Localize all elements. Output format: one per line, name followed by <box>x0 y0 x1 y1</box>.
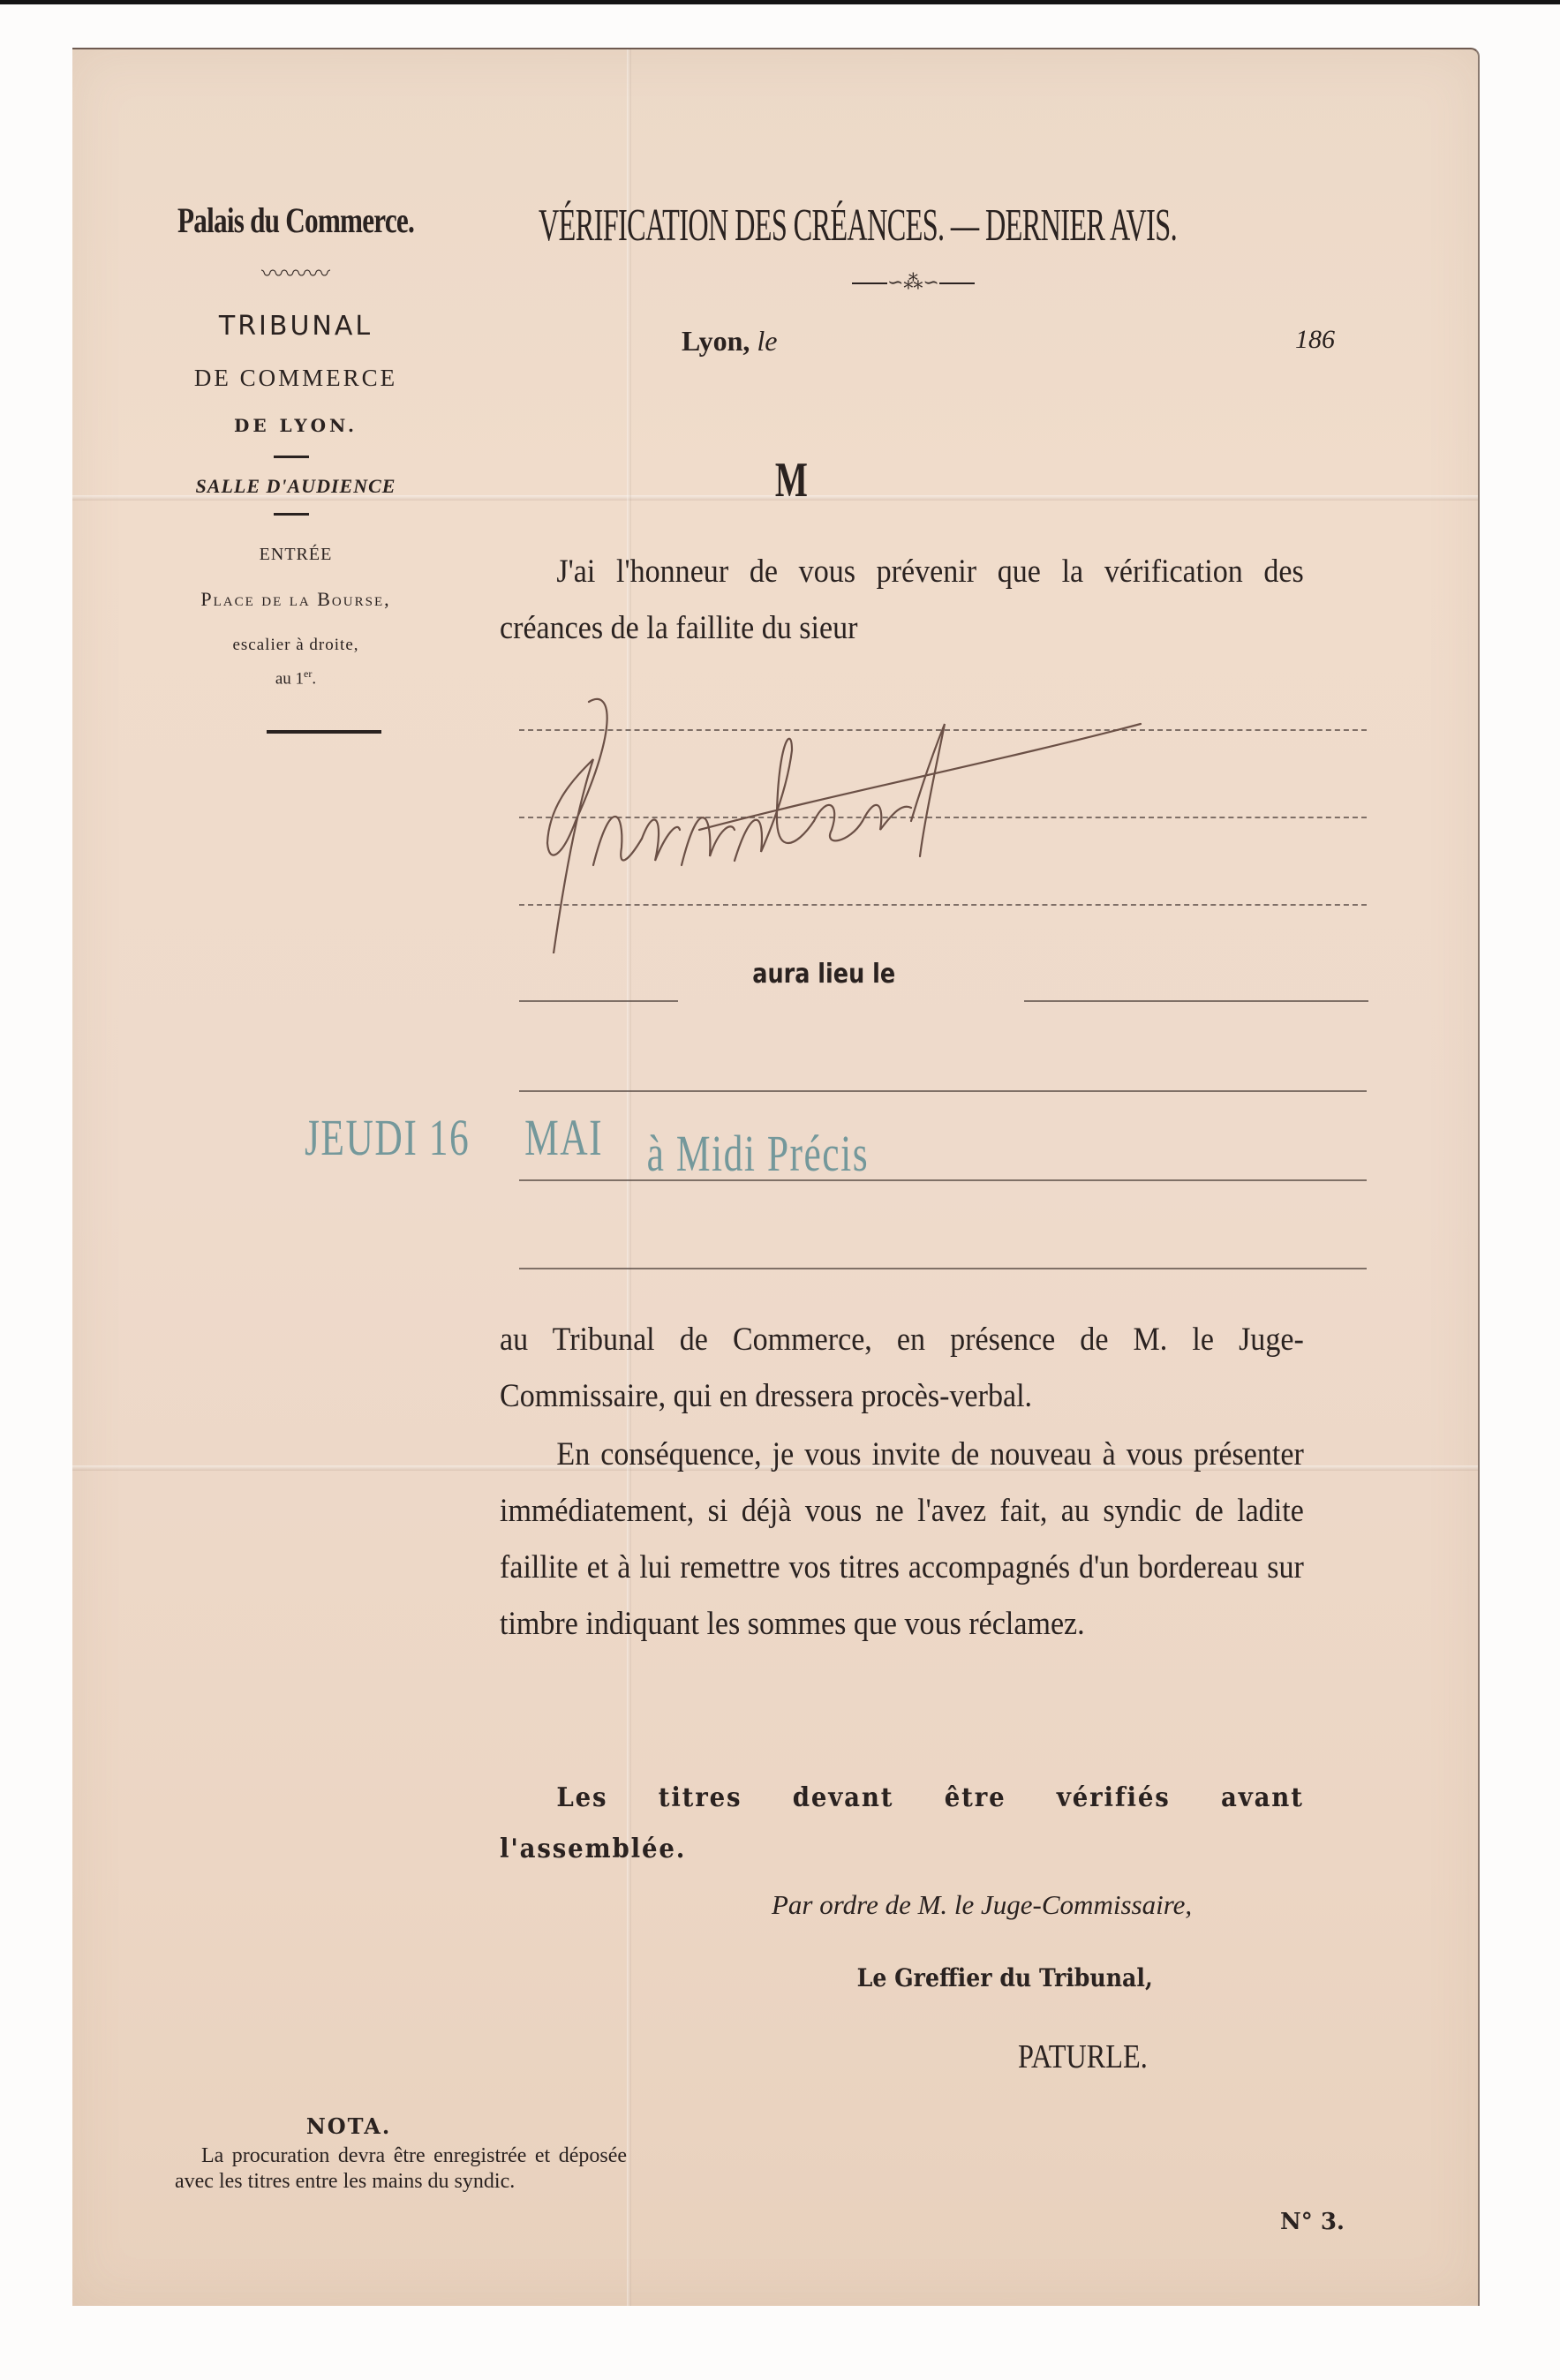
ornament-divider-icon: ∽⁂∽ <box>852 272 975 294</box>
svg-text:Pontrobert: Pontrobert <box>788 819 793 822</box>
salutation: M <box>775 452 808 508</box>
aura-lieu-le-label: aura lieu le <box>752 959 895 990</box>
left-divider-1 <box>274 456 309 458</box>
fold-line-vertical <box>627 49 631 2306</box>
de-commerce-heading: DE COMMERCE <box>88 365 503 392</box>
document-title: VÉRIFICATION DES CRÉANCES. — DERNIER AVI… <box>539 200 1177 252</box>
tribunal-heading: TRIBUNAL <box>88 311 503 342</box>
greffier-line: Le Greffier du Tribunal, <box>857 1963 1153 1992</box>
entree-label: ENTRÉE <box>88 545 503 565</box>
left-divider-2 <box>274 513 309 516</box>
ruled-line-7 <box>519 1268 1367 1269</box>
stamp-day: JEUDI 16 <box>305 1109 470 1166</box>
nota-heading: NOTA. <box>88 2113 609 2139</box>
verification-notice: Les titres devant être vérifiés avant l'… <box>500 1773 1304 1875</box>
date-stamp: JEUDI 16 MAI à Midi Précis <box>305 1108 869 1167</box>
form-number: N° 3. <box>1280 2209 1345 2235</box>
nota-text: La procuration devra être enregistrée et… <box>175 2143 627 2195</box>
stamp-month: MAI <box>524 1109 603 1166</box>
floor-label: au 1er. <box>88 667 503 689</box>
greffier-name: PATURLE. <box>1018 2037 1148 2076</box>
escalier-label: escalier à droite, <box>88 636 503 655</box>
intro-paragraph: J'ai l'honneur de vous prévenir que la v… <box>500 544 1304 657</box>
location-paragraph: au Tribunal de Commerce, en présence de … <box>500 1312 1304 1425</box>
stamp-time: à Midi Précis <box>647 1125 869 1182</box>
scan-top-edge <box>0 0 1560 4</box>
palais-du-commerce-heading: Palais du Commerce. <box>134 200 458 241</box>
left-divider-3 <box>267 730 381 734</box>
year-prefix: 186 <box>1295 325 1335 355</box>
ruled-line-4a <box>519 1000 678 1002</box>
ruled-line-4b <box>1024 1000 1368 1002</box>
handwritten-name: Pontrobert <box>523 689 1370 953</box>
place-de-la-bourse-label: Place de la Bourse, <box>88 588 503 611</box>
ruled-line-5 <box>519 1090 1367 1092</box>
instructions-paragraph: En conséquence, je vous invite de nouvea… <box>500 1427 1304 1653</box>
salle-audience-label: SALLE D'AUDIENCE <box>88 475 503 498</box>
de-lyon-heading: DE LYON. <box>88 415 503 436</box>
par-ordre-line: Par ordre de M. le Juge-Commissaire, <box>772 1889 1192 1921</box>
squiggle-ornament-icon: 〰〰〰 <box>88 256 503 289</box>
place-date-label: Lyon, le <box>682 325 777 358</box>
